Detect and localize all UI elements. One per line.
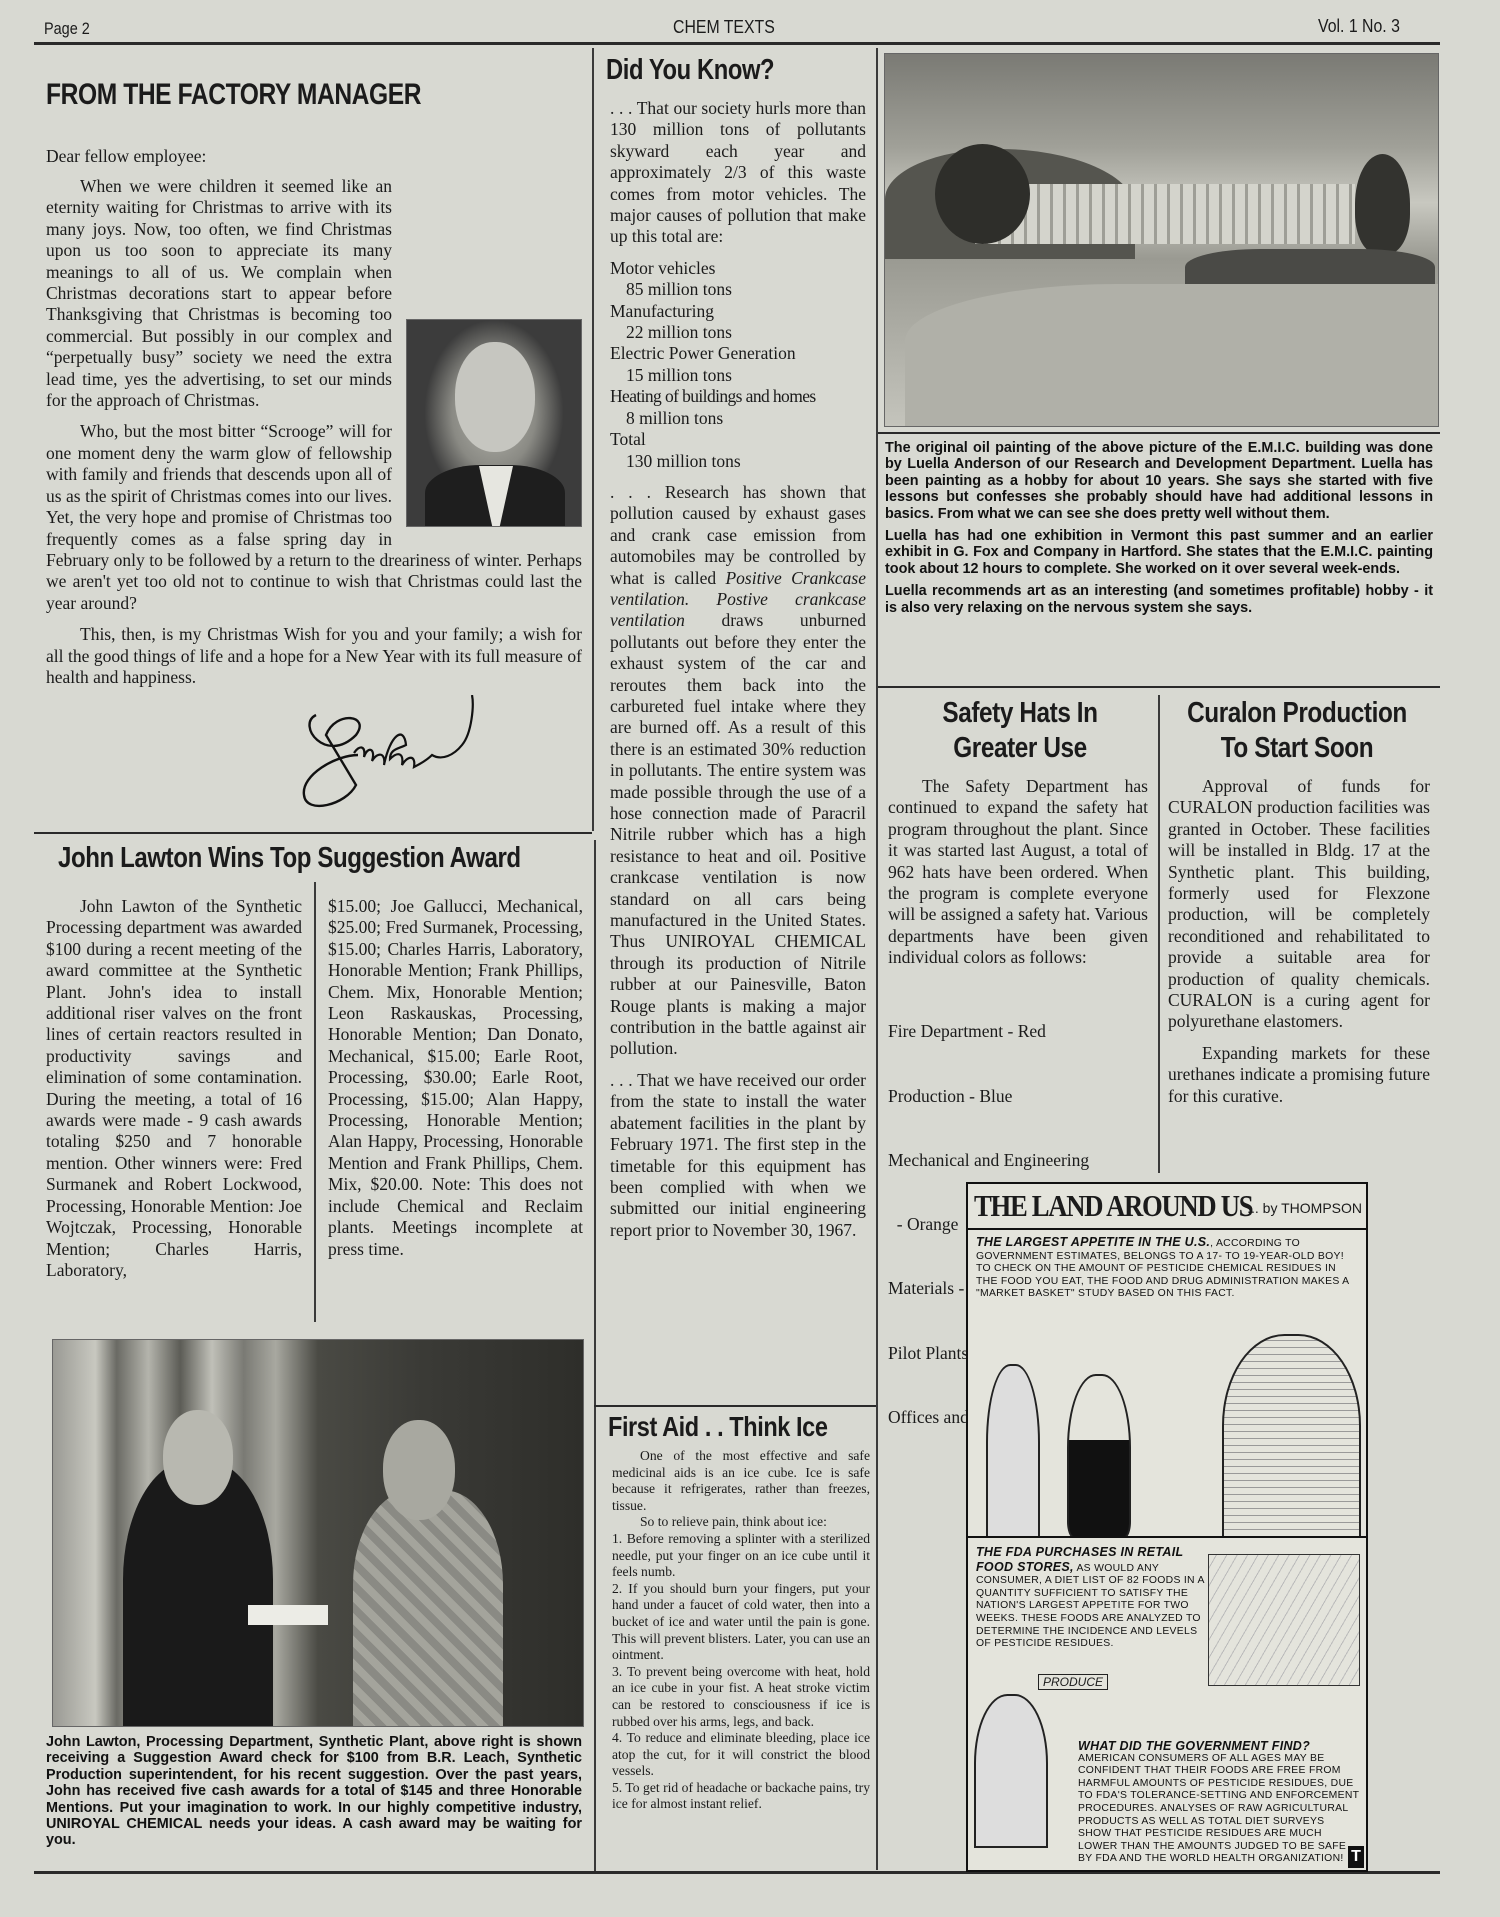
section-rule xyxy=(594,1405,876,1407)
pollution-source-list: Motor vehicles85 million tons Manufactur… xyxy=(610,258,866,472)
emic-building-painting xyxy=(884,53,1439,427)
lawton-headline: John Lawton Wins Top Suggestion Award xyxy=(58,842,521,875)
curalon-paragraph: Expanding markets for these urethanes in… xyxy=(1168,1043,1430,1107)
section-rule xyxy=(34,832,592,834)
pollution-source-item: Motor vehicles85 million tons xyxy=(610,258,866,301)
column-divider xyxy=(594,840,596,1872)
letter-paragraph: This, then, is my Christmas Wish for you… xyxy=(46,624,582,688)
hat-color-item: Fire Department - Red xyxy=(888,1021,1148,1042)
manager-portrait xyxy=(406,319,582,527)
emic-caption-paragraph: Luella has had one exhibition in Vermont… xyxy=(885,528,1433,577)
emic-caption: The original oil painting of the above p… xyxy=(885,440,1433,616)
header-rule xyxy=(34,42,1440,45)
safety-hats-headline: Safety Hats In Greater Use xyxy=(885,696,1155,766)
portrait-face xyxy=(455,342,535,452)
page-number: Page 2 xyxy=(44,19,90,39)
factory-manager-letter: When we were children it seemed like an … xyxy=(46,176,582,688)
comic-title: THE LAND AROUND US xyxy=(974,1188,1252,1224)
comic-father xyxy=(986,1364,1040,1538)
comic-panel-2-text: The FDA purchases in retail food stores,… xyxy=(976,1546,1206,1651)
comic-strip: THE LAND AROUND US ... by THOMPSON The l… xyxy=(966,1182,1368,1872)
first-aid-tip: 3. To prevent being overcome with heat, … xyxy=(612,1664,870,1730)
issue-number: Vol. 1 No. 3 xyxy=(1318,16,1400,37)
column-divider xyxy=(592,48,594,831)
column-divider xyxy=(876,48,878,1870)
comic-panel-divider xyxy=(968,1536,1366,1538)
crankcase-paragraph: . . . Research has shown that pollution … xyxy=(610,482,866,1060)
painting-road xyxy=(905,284,1438,426)
comic-mother xyxy=(1067,1374,1131,1538)
first-aid-body: One of the most effective and safe medic… xyxy=(612,1448,870,1813)
comic-title-bar: THE LAND AROUND US ... by THOMPSON xyxy=(968,1184,1366,1230)
lawton-award-photo xyxy=(52,1339,584,1727)
curalon-headline: Curalon Production To Start Soon xyxy=(1162,696,1432,766)
pollution-source-item: Heating of buildings and homes8 million … xyxy=(610,386,866,429)
curalon-paragraph: Approval of funds for CURALON production… xyxy=(1168,776,1430,1033)
curalon-body: Approval of funds for CURALON production… xyxy=(1168,776,1430,1107)
pollution-source-item: Electric Power Generation15 million tons xyxy=(610,343,866,386)
manager-signature xyxy=(296,695,536,825)
first-aid-intro: One of the most effective and safe medic… xyxy=(612,1448,870,1514)
column-divider xyxy=(1158,695,1160,1173)
comic-byline: ... by THOMPSON xyxy=(1247,1200,1362,1216)
first-aid-tip: 1. Before removing a splinter with a ste… xyxy=(612,1531,870,1581)
first-aid-tip: 4. To reduce and eliminate bleeding, pla… xyxy=(612,1730,870,1780)
hat-color-item: Production - Blue xyxy=(888,1086,1148,1107)
water-abatement-paragraph: . . . That we have received our order fr… xyxy=(610,1070,866,1241)
painting-tree xyxy=(1355,154,1410,254)
did-you-know-body: . . . That our society hurls more than 1… xyxy=(610,98,866,1241)
section-rule xyxy=(878,686,1440,688)
man-right-shirt xyxy=(353,1490,503,1726)
section-rule xyxy=(878,432,1440,434)
pollution-source-item: Manufacturing22 million tons xyxy=(610,301,866,344)
comic-family-picnic xyxy=(1208,1554,1360,1686)
comic-panel-3-text: What did the government find?American co… xyxy=(1078,1740,1360,1866)
comic-corner-mark: T xyxy=(1348,1846,1364,1868)
did-you-know-intro: . . . That our society hurls more than 1… xyxy=(610,98,866,248)
salutation: Dear fellow employee: xyxy=(46,146,206,167)
painting-building xyxy=(975,184,1355,244)
hat-color-item: Mechanical and Engineering xyxy=(888,1150,1148,1171)
emic-caption-paragraph: The original oil painting of the above p… xyxy=(885,440,1433,522)
emic-caption-paragraph: Luella recommends art as an interesting … xyxy=(885,583,1433,616)
produce-sign: PRODUCE xyxy=(1038,1674,1108,1690)
lawton-photo-caption: John Lawton, Processing Department, Synt… xyxy=(46,1734,582,1849)
safety-hats-paragraph: The Safety Department has continued to e… xyxy=(888,776,1148,969)
comic-panel-1-text: The largest appetite in the U.S., accord… xyxy=(976,1236,1356,1301)
did-you-know-headline: Did You Know? xyxy=(606,54,774,87)
painting-tree xyxy=(935,144,1030,244)
first-aid-headline: First Aid . . Think Ice xyxy=(608,1411,827,1443)
comic-panel-1-art xyxy=(972,1334,1362,1534)
lawton-column-2: $15.00; Joe Gallucci, Mechanical, $25.00… xyxy=(328,896,583,1260)
pollution-source-total: Total130 million tons xyxy=(610,429,866,472)
first-aid-lead: So to relieve pain, think about ice: xyxy=(612,1514,870,1531)
first-aid-tip: 5. To get rid of headache or backache pa… xyxy=(612,1780,870,1813)
comic-boy xyxy=(1222,1334,1361,1538)
man-right-face xyxy=(383,1420,455,1520)
factory-manager-headline: FROM THE FACTORY MANAGER xyxy=(46,78,421,112)
comic-shopper xyxy=(974,1694,1048,1848)
column-divider xyxy=(314,882,316,1322)
lawton-column-1: John Lawton of the Synthetic Processing … xyxy=(46,896,302,1281)
man-left-face xyxy=(163,1410,233,1505)
publication-title: CHEM TEXTS xyxy=(673,17,775,38)
first-aid-tip: 2. If you should burn your fingers, put … xyxy=(612,1581,870,1664)
award-check xyxy=(248,1605,328,1625)
